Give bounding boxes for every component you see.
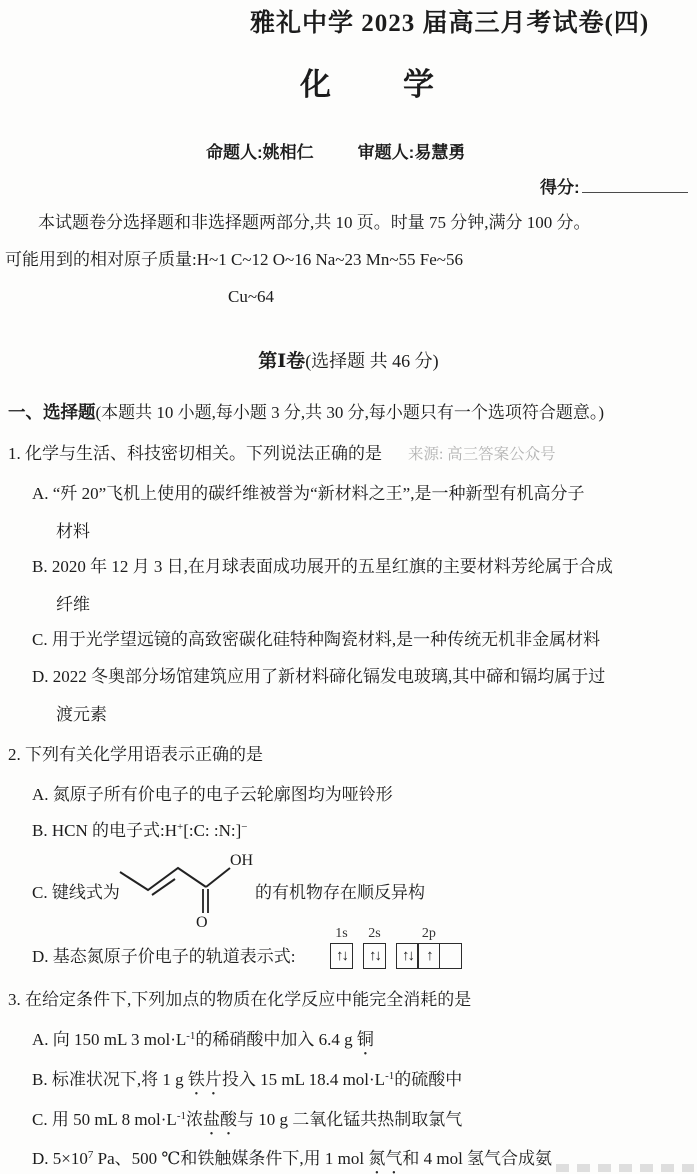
q2-option-b: B. HCN 的电子式:H+[:C: :N:]−: [32, 820, 248, 841]
q3-option-a: A. 向 150 mL 3 mol·L-1的稀硝酸中加入 6.4 g 铜: [32, 1029, 374, 1050]
q1-option-b: B. 2020 年 12 月 3 日,在月球表面成功展开的五星红旗的主要材料芳纶…: [32, 556, 613, 577]
selection-rest: (本题共 10 小题,每小题 3 分,共 30 分,每小题只有一个选项符合题意。…: [96, 403, 605, 422]
question-setter: 命题人:姚相仁: [206, 143, 314, 162]
orbital-cell: ↑: [417, 943, 440, 969]
selection-heading: 一、选择题(本题共 10 小题,每小题 3 分,共 30 分,每小题只有一个选项…: [8, 402, 604, 424]
q1-source-watermark: 来源: 高三答案公众号: [408, 446, 556, 463]
section-rest-label: (选择题 共 46 分): [305, 351, 439, 371]
q1-option-a-cont: 材料: [56, 521, 90, 542]
q2-stem: 2. 下列有关化学用语表示正确的是: [8, 744, 263, 765]
intro-line-2: 可能用到的相对原子质量:H~1 C~12 O~16 Na~23 Mn~55 Fe…: [5, 249, 463, 270]
selection-lead: 一、选择题: [8, 402, 96, 422]
orbital-group-1s: 1s↑↓: [330, 926, 353, 969]
orbital-cell: ↑↓: [363, 943, 386, 969]
q1-stem-line: 1. 化学与生活、科技密切相关。下列说法正确的是来源: 高三答案公众号: [8, 443, 556, 464]
q1-option-d-cont: 渡元素: [56, 704, 107, 725]
q1-option-a: A. “歼 20”飞机上使用的碳纤维被誉为“新材料之王”,是一种新型有机高分子: [32, 483, 584, 504]
q1-option-d: D. 2022 冬奥部分场馆建筑应用了新材料碲化镉发电玻璃,其中碲和镉均属于过: [32, 666, 605, 687]
orbital-cell: ↑↓: [330, 943, 353, 969]
subject-title: 化学: [300, 66, 506, 105]
carbonyl-oxygen-label: O: [196, 914, 208, 932]
q1-stem: 1. 化学与生活、科技密切相关。下列说法正确的是: [8, 444, 382, 463]
section-part-label: 第Ⅰ卷: [258, 351, 305, 372]
authors-line: 命题人:姚相仁审题人:易慧勇: [206, 142, 465, 163]
orbital-cell: ↑↓: [396, 943, 419, 969]
q2-option-c-label: C. 键线式为: [32, 882, 120, 903]
orbital-cell: [439, 943, 462, 969]
q3-option-b: B. 标准状况下,将 1 g 铁片投入 15 mL 18.4 mol·L-1的硫…: [32, 1069, 462, 1090]
q3-option-c: C. 用 50 mL 8 mol·L-1浓盐酸与 10 g 二氧化锰共热制取氯气: [32, 1109, 462, 1130]
scan-artifact: [556, 1164, 694, 1172]
score-blank-line: [582, 177, 688, 193]
section-heading: 第Ⅰ卷(选择题 共 46 分): [0, 350, 697, 374]
score-label: 得分:: [540, 178, 580, 197]
q2-option-a: A. 氮原子所有价电子的电子云轮廓图均为哑铃形: [32, 784, 393, 805]
hydroxyl-label: OH: [230, 852, 253, 870]
skeletal-formula-crotonic-acid: OH O: [112, 850, 272, 938]
q3-stem: 3. 在给定条件下,下列加点的物质在化学反应中能完全消耗的是: [8, 989, 471, 1010]
exam-paper-page: 雅礼中学 2023 届高三月考试卷(四) 化学 命题人:姚相仁审题人:易慧勇 得…: [0, 0, 697, 1174]
q1-option-c: C. 用于光学望远镜的高致密碳化硅特种陶瓷材料,是一种传统无机非金属材料: [32, 629, 600, 650]
q2-option-d-label: D. 基态氮原子价电子的轨道表示式:: [32, 946, 296, 967]
q1-option-b-cont: 纤维: [56, 594, 90, 615]
q3-option-d: D. 5×107 Pa、500 ℃和铁触媒条件下,用 1 mol 氮气和 4 m…: [32, 1148, 552, 1169]
q2-option-c-rest: 的有机物存在顺反异构: [255, 882, 425, 903]
intro-line-1: 本试题卷分选择题和非选择题两部分,共 10 页。时量 75 分钟,满分 100 …: [38, 212, 591, 233]
score-line: 得分:: [540, 177, 688, 198]
exam-title: 雅礼中学 2023 届高三月考试卷(四): [250, 8, 649, 39]
question-reviewer: 审题人:易慧勇: [358, 143, 466, 162]
orbital-diagram: 1s↑↓2s↑↓2p↑↓↑: [330, 926, 472, 969]
intro-line-3: Cu~64: [228, 286, 274, 307]
orbital-group-2p: 2p↑↓↑: [396, 926, 462, 969]
orbital-group-2s: 2s↑↓: [363, 926, 386, 969]
